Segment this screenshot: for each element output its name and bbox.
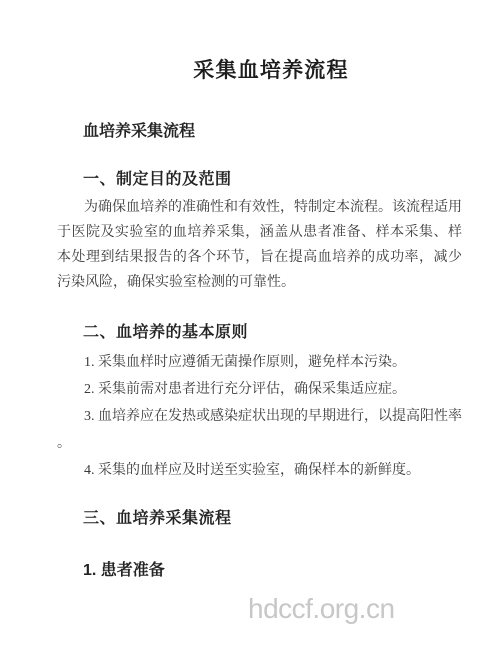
doc-subtitle: 血培养采集流程 [57, 122, 457, 142]
doc-section-heading: 二、血培养的基本原则 [57, 323, 457, 343]
doc-list-item: 3. 血培养应在发热或感染症状出现的早期进行，以提高阳性率。 [57, 403, 462, 457]
doc-subheading: 1. 患者准备 [57, 561, 457, 581]
doc-list-item: 1. 采集血样时应遵循无菌操作原则，避免样本污染。 [57, 349, 462, 376]
doc-list-item: 2. 采集前需对患者进行充分评估，确保采集适应症。 [57, 376, 462, 403]
document-title: 采集血培养流程 [57, 57, 457, 85]
doc-list-item: 4. 采集的血样应及时送至实验室，确保样本的新鲜度。 [57, 457, 462, 484]
doc-paragraph: 为确保血培养的准确性和有效性，特制定本流程。该流程适用于医院及实验室的血培养采集… [57, 195, 462, 295]
watermark: hdccf.org.cn [248, 594, 395, 624]
document-page: 采集血培养流程 血培养采集流程一、制定目的及范围为确保血培养的准确性和有效性，特… [0, 0, 500, 647]
doc-section-heading: 一、制定目的及范围 [57, 170, 457, 190]
document-blocks: 血培养采集流程一、制定目的及范围为确保血培养的准确性和有效性，特制定本流程。该流… [57, 122, 457, 581]
doc-section-heading: 三、血培养采集流程 [57, 509, 457, 529]
document-body: 采集血培养流程 血培养采集流程一、制定目的及范围为确保血培养的准确性和有效性，特… [57, 0, 457, 581]
